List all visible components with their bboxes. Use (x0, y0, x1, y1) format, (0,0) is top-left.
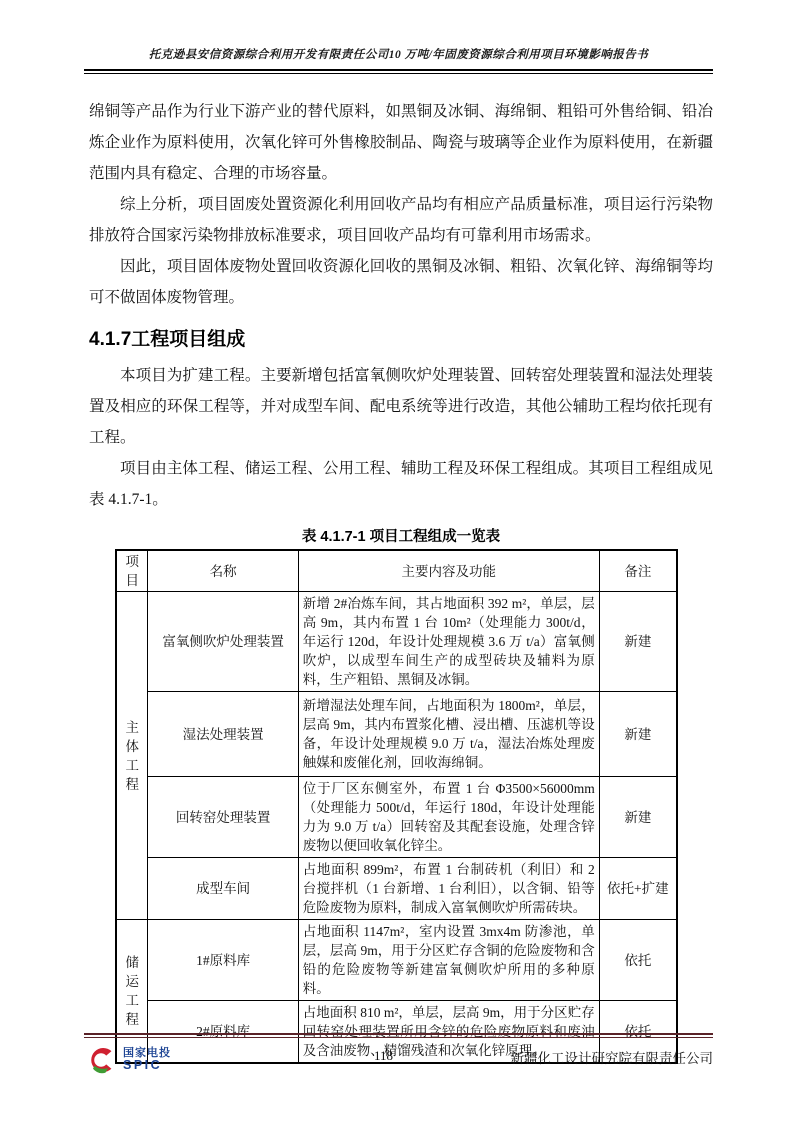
remark-cell: 新建 (599, 777, 677, 858)
section-heading: 4.1.7工程项目组成 (89, 324, 713, 351)
project-composition-table: 项目 名称 主要内容及功能 备注 主体工程 富氧侧吹炉处理装置 新增 2#冶炼车… (115, 549, 678, 1064)
spic-logo: 国家电投 SPIC (84, 1044, 284, 1076)
name-cell: 湿法处理装置 (148, 692, 298, 777)
table-row: 回转窑处理装置 位于厂区东侧室外，布置 1 台 Φ3500×56000mm（处理… (116, 777, 677, 858)
spic-logo-text-en: SPIC (123, 1059, 171, 1072)
remark-cell: 新建 (599, 692, 677, 777)
paragraph: 因此，项目固体废物处置回收资源化回收的黑铜及冰铜、粗铅、次氧化锌、海绵铜等均可不… (89, 251, 713, 313)
content-cell: 占地面积 1147m²，室内设置 3mx4m 防渗池，单层，层高 9m，用于分区… (298, 920, 599, 1001)
remark-cell: 依托 (599, 920, 677, 1001)
column-header-name: 名称 (148, 550, 298, 592)
paragraph: 综上分析，项目固废处置资源化利用回收产品均有相应产品质量标准，项目运行污染物排放… (89, 189, 713, 251)
content-cell: 新增 2#冶炼车间，其占地面积 392 m²，单层，层高 9m，其内布置 1 台… (298, 592, 599, 692)
remark-cell: 新建 (599, 592, 677, 692)
header-rule (84, 69, 713, 74)
column-header-main-content: 主要内容及功能 (298, 550, 599, 592)
spic-logo-text: 国家电投 SPIC (123, 1048, 171, 1073)
table-title: 表 4.1.7-1 项目工程组成一览表 (89, 525, 713, 546)
spic-logo-icon (84, 1044, 118, 1076)
document-page: 托克逊县安信资源综合利用开发有限责任公司10 万吨/年固废资源综合利用项目环境影… (0, 0, 793, 1122)
column-header-project: 项目 (116, 550, 148, 592)
name-cell: 回转窑处理装置 (148, 777, 298, 858)
footer-rule (84, 1033, 713, 1038)
page-footer: 国家电投 SPIC 118 新疆化工设计研究院有限责任公司 (84, 1033, 713, 1076)
document-title: 托克逊县安信资源综合利用开发有限责任公司10 万吨/年固废资源综合利用项目环境影… (84, 46, 713, 62)
table-row: 储运工程 1#原料库 占地面积 1147m²，室内设置 3mx4m 防渗池，单层… (116, 920, 677, 1001)
page-body: 绵铜等产品作为行业下游产业的替代原料，如黑铜及冰铜、海绵铜、粗铅可外售给铜、铅冶… (89, 96, 713, 1064)
column-header-remark: 备注 (599, 550, 677, 592)
paragraph: 项目由主体工程、储运工程、公用工程、辅助工程及环保工程组成。其项目工程组成见表 … (89, 453, 713, 515)
page-header: 托克逊县安信资源综合利用开发有限责任公司10 万吨/年固废资源综合利用项目环境影… (84, 0, 713, 74)
footer-company-name: 新疆化工设计研究院有限责任公司 (483, 1044, 713, 1067)
content-cell: 新增湿法处理车间，占地面积为 1800m²，单层，层高 9m，其内布置浆化槽、浸… (298, 692, 599, 777)
table-header-row: 项目 名称 主要内容及功能 备注 (116, 550, 677, 592)
paragraph: 绵铜等产品作为行业下游产业的替代原料，如黑铜及冰铜、海绵铜、粗铅可外售给铜、铅冶… (89, 96, 713, 189)
table-row: 成型车间 占地面积 899m²，布置 1 台制砖机（利旧）和 2 台搅拌机（1 … (116, 858, 677, 920)
name-cell: 富氧侧吹炉处理装置 (148, 592, 298, 692)
remark-cell: 依托+扩建 (599, 858, 677, 920)
table-row: 湿法处理装置 新增湿法处理车间，占地面积为 1800m²，单层，层高 9m，其内… (116, 692, 677, 777)
content-cell: 位于厂区东侧室外，布置 1 台 Φ3500×56000mm（处理能力 500t/… (298, 777, 599, 858)
name-cell: 1#原料库 (148, 920, 298, 1001)
name-cell: 成型车间 (148, 858, 298, 920)
content-cell: 占地面积 899m²，布置 1 台制砖机（利旧）和 2 台搅拌机（1 台新增、1… (298, 858, 599, 920)
page-number: 118 (284, 1044, 483, 1064)
paragraph: 本项目为扩建工程。主要新增包括富氧侧吹炉处理装置、回转窑处理装置和湿法处理装置及… (89, 360, 713, 453)
category-cell-main-works: 主体工程 (116, 592, 148, 920)
table-row: 主体工程 富氧侧吹炉处理装置 新增 2#冶炼车间，其占地面积 392 m²，单层… (116, 592, 677, 692)
